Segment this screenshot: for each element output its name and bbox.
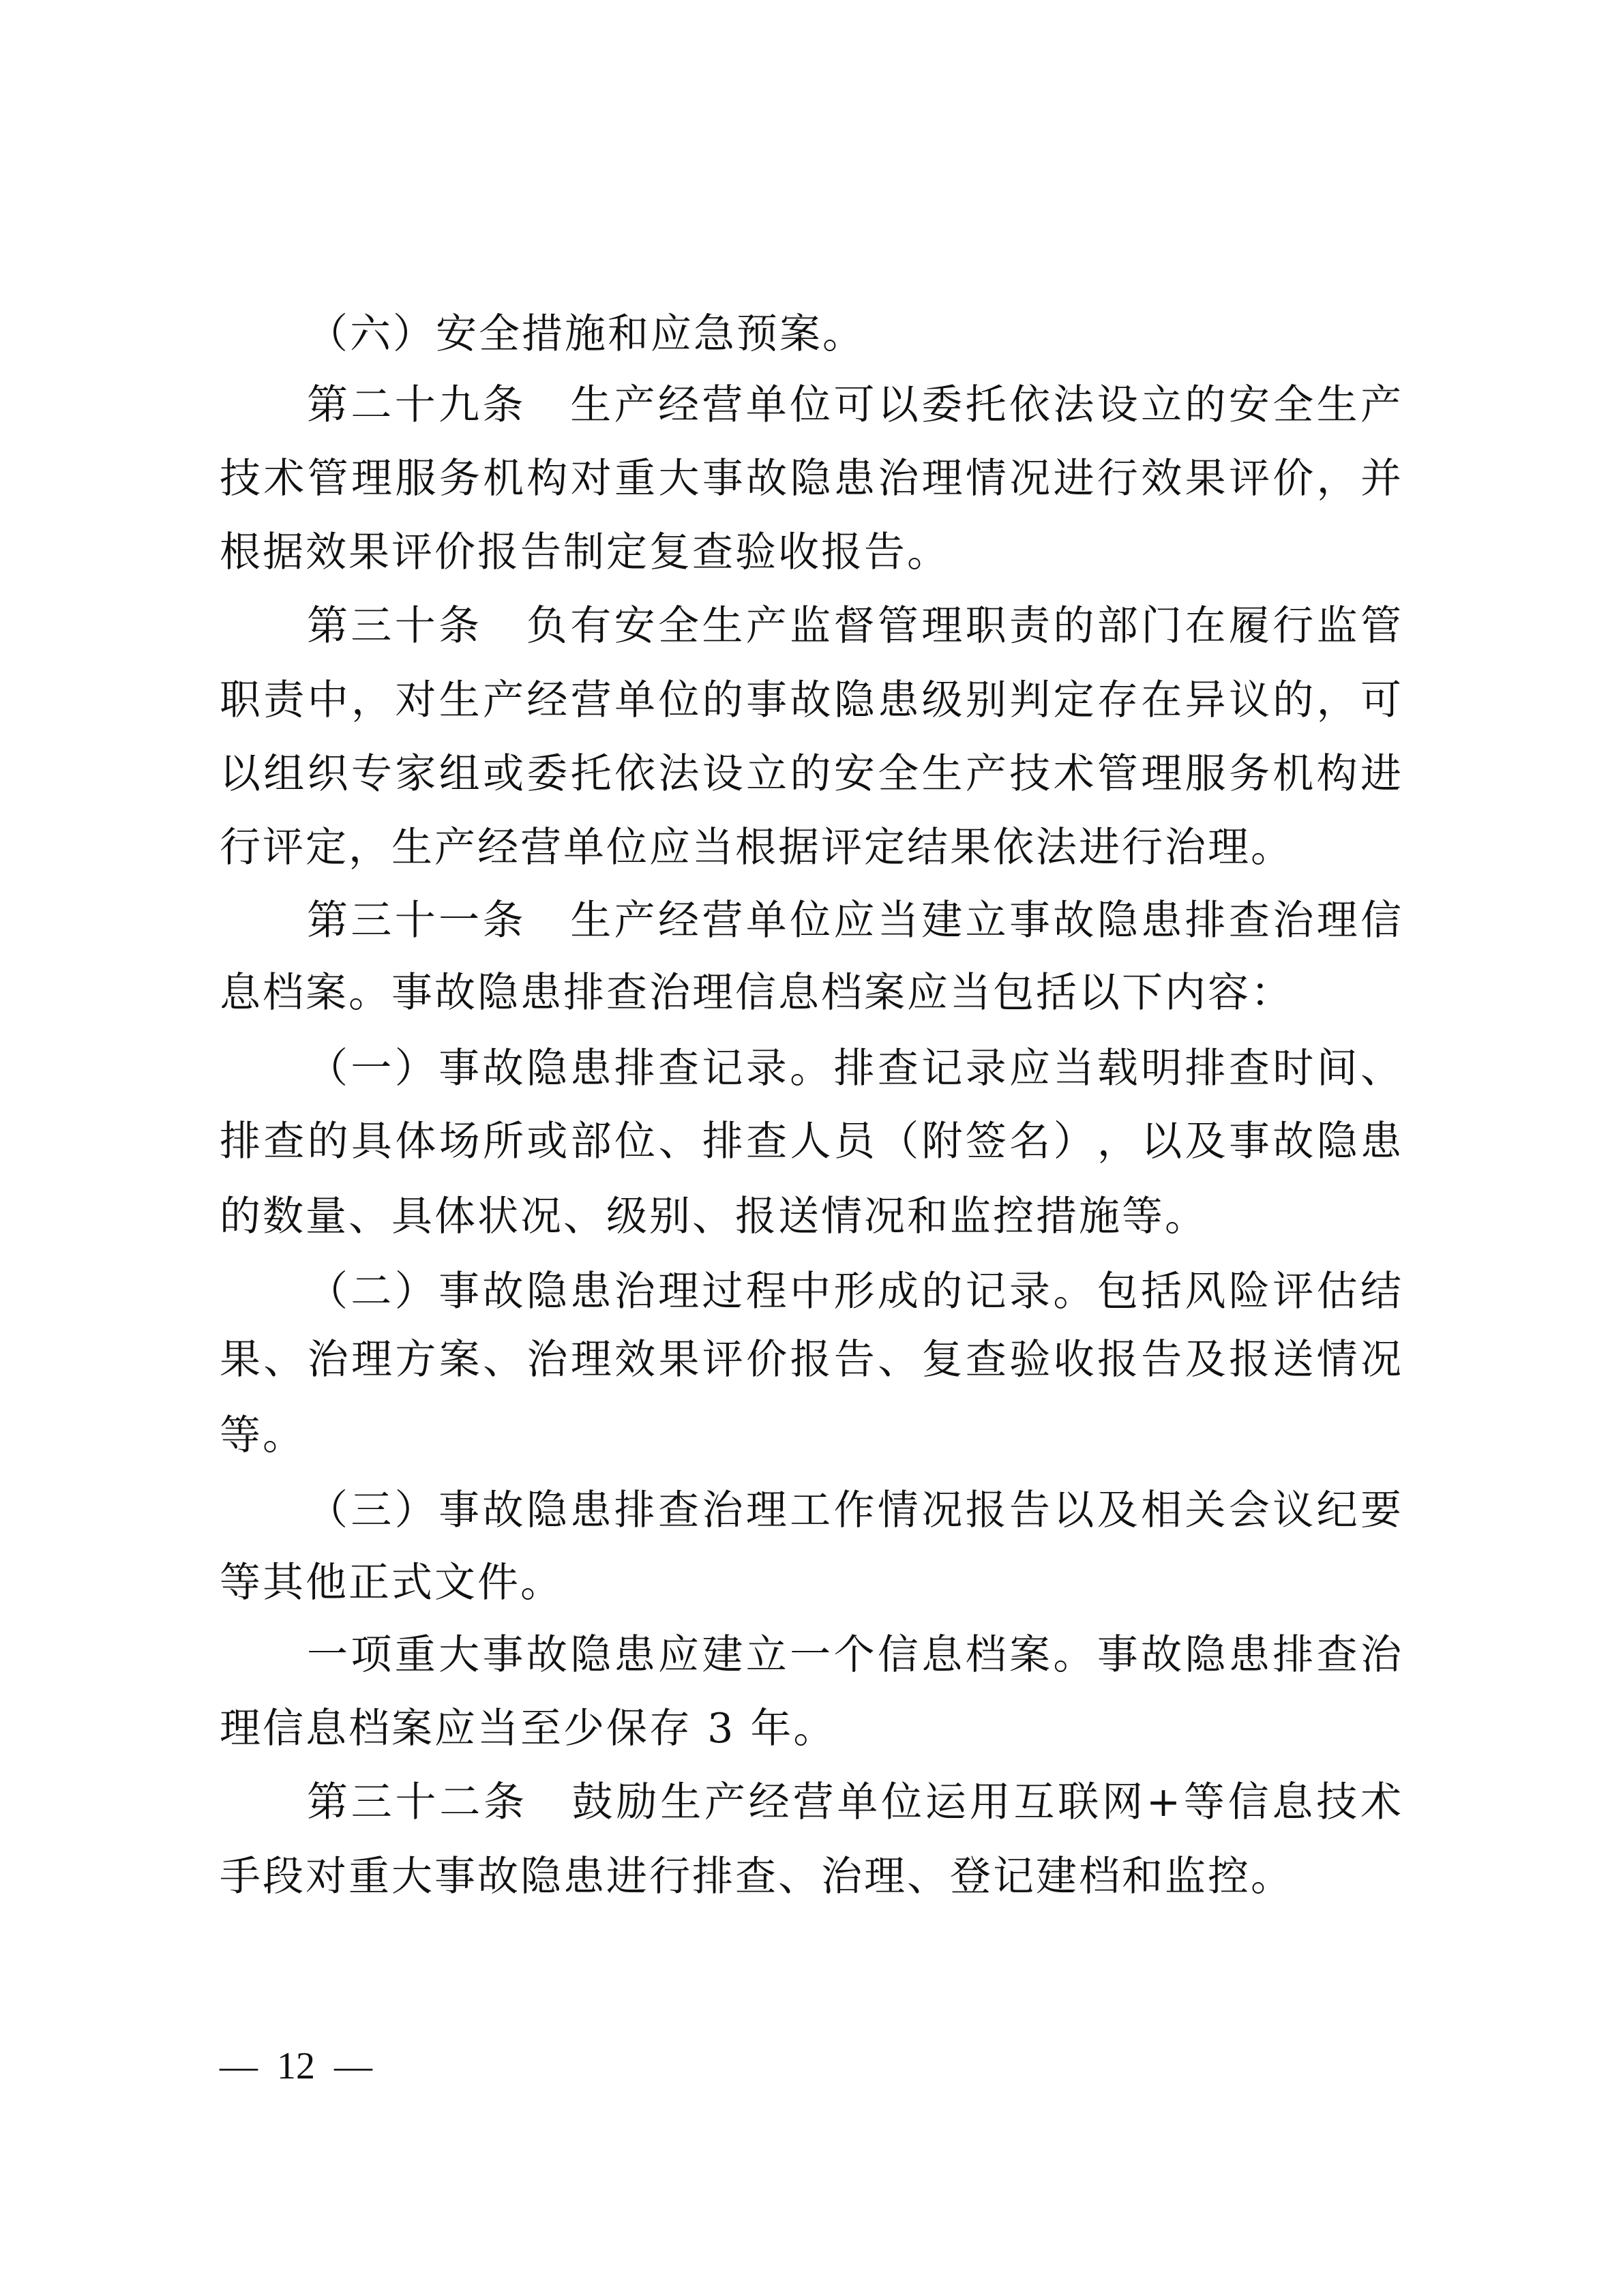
paragraph-line: 的数量、具体状况、级别、报送情况和监控措施等。 <box>220 1189 1401 1244</box>
article-30-heading-line: 第​三​十​条​ ​负​有​安​全​生​产​监​督​管​理​职​责​的​部​门​… <box>307 599 1401 653</box>
page-number: — 12 — <box>220 2046 372 2087</box>
paragraph-line: 根据效果评价报告制定复查验收报告。 <box>220 525 1401 580</box>
paragraph-line: 以​组​织​专​家​组​或​委​托​依​法​设​立​的​安​全​生​产​技​术​… <box>220 747 1401 801</box>
paragraph-line: 理信息档案应当至少保存 3 年。 <box>220 1701 1401 1756</box>
paragraph-line: 一​项​重​大​事​故​隐​患​应​建​立​一​个​信​息​档​案​。​事​故​… <box>307 1628 1401 1682</box>
paragraph-line: 手段对重大事故隐患进行排查、治理、登记建档和监控。 <box>220 1849 1401 1904</box>
paragraph-line: （六）安全措施和应急预案。 <box>307 307 1401 361</box>
paragraph-line: 果​、​治​理​方​案​、​治​理​效​果​评​价​报​告​、​复​查​验​收​… <box>220 1332 1401 1387</box>
paragraph-line: 行评定，生产经营单位应当根据评定结果依法进行治理。 <box>220 820 1401 875</box>
paragraph-line: 职​责​中​，​对​生​产​经​营​单​位​的​事​故​隐​患​级​别​判​定​… <box>220 673 1401 728</box>
list-item-1-line: （​一​）​事​故​隐​患​排​查​记​录​。​排​查​记​录​应​当​载​明​… <box>307 1041 1401 1096</box>
paragraph-line: 排​查​的​具​体​场​所​或​部​位​、​排​查​人​员​（​附​签​名​）​… <box>220 1114 1401 1169</box>
paragraph-line: 技​术​管​理​服​务​机​构​对​重​大​事​故​隐​患​治​理​情​况​进​… <box>220 451 1401 506</box>
article-31-heading-line: 第​三​十​一​条​ ​生​产​经​营​单​位​应​当​建​立​事​故​隐​患​… <box>307 893 1401 948</box>
paragraph-line: 息档案。事故隐患排查治理信息档案应当包括以下内容： <box>220 966 1401 1020</box>
paragraph-line: 等。 <box>220 1408 1401 1463</box>
list-item-3-line: （​三​）​事​故​隐​患​排​查​治​理​工​作​情​况​报​告​以​及​相​… <box>307 1483 1401 1538</box>
list-item-2-line: （​二​）​事​故​隐​患​治​理​过​程​中​形​成​的​记​录​。​包​括​… <box>307 1264 1401 1319</box>
document-page: （六）安全措施和应急预案。 第​二​十​九​条​ ​生​产​经​营​单​位​可​… <box>0 0 1623 2296</box>
article-32-heading-line: 第​三​十​二​条​ ​鼓​励​生​产​经​营​单​位​运​用​互​联​网​+​… <box>307 1775 1401 1830</box>
article-29-heading-line: 第​二​十​九​条​ ​生​产​经​营​单​位​可​以​委​托​依​法​设​立​… <box>307 378 1401 432</box>
paragraph-line: 等其他正式文件。 <box>220 1555 1401 1610</box>
